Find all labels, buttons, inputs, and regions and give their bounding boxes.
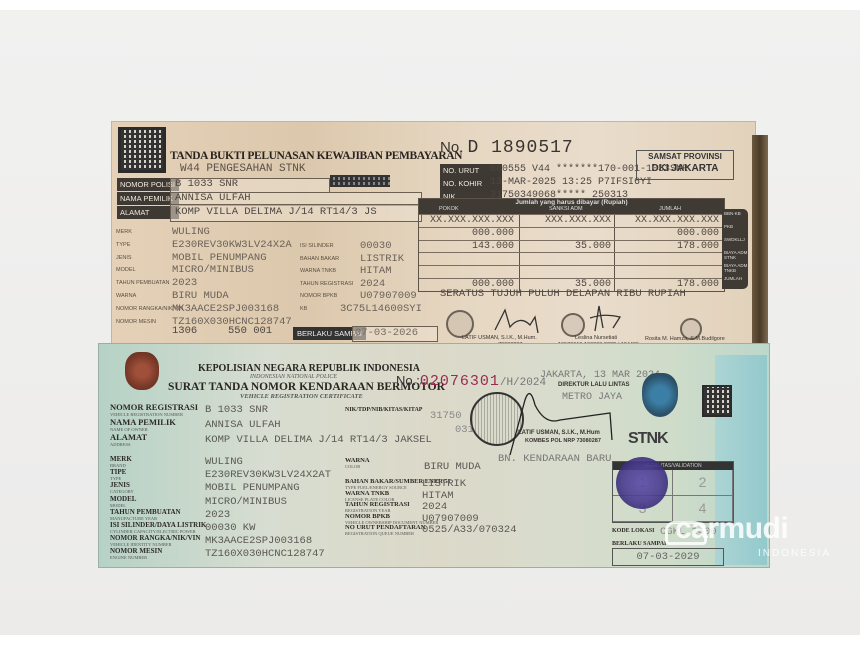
payment-row-labels: BBN-KBPKBSWDKLLJBIAYA ADM STNKBIAYA ADM … — [722, 209, 748, 289]
field-label: ALAMATADDRESS — [110, 432, 147, 447]
field-value: 00030 KW — [205, 522, 255, 534]
field-label: WARNACOLOR — [345, 457, 370, 469]
receipt-title: TANDA BUKTI PELUNASAN KEWAJIBAN PEMBAYAR… — [170, 150, 462, 162]
field-label: JENISCATEGORY — [110, 481, 134, 494]
payment-table: Jumlah yang harus dibayar (Rupiah) POKOK… — [418, 198, 725, 292]
field-value: 2023 — [172, 277, 197, 289]
stamp-icon — [561, 313, 585, 337]
row-label: BIAYA ADM TNKB — [724, 263, 748, 273]
validation-stamp-icon — [616, 457, 668, 509]
field-value: 2024 — [422, 501, 447, 513]
field-label: TYPE — [116, 242, 130, 248]
stnk-org: KEPOLISIAN NEGARA REPUBLIK INDONESIA — [198, 363, 420, 374]
row-label: PKB — [724, 224, 733, 229]
field-value: HITAM — [422, 490, 454, 502]
field-label: WARNA — [116, 293, 136, 299]
stnk-mark: STNK — [628, 430, 668, 448]
field-label: BAHAN BAKAR — [300, 256, 339, 262]
police-emblem-icon — [125, 352, 159, 390]
field-value: MOBIL PENUMPANG — [172, 252, 267, 264]
label-location-code: KODE LOKASI — [612, 528, 655, 534]
field-value: KOMP VILLA DELIMA J/14 RT14/3 JAKSEL — [205, 434, 432, 446]
field-label: ISI SILINDER — [300, 243, 334, 249]
value-nama-pemilik: ANNISA ULFAH — [175, 192, 251, 204]
field-value: U07907009 — [360, 290, 417, 302]
field-value: WULING — [172, 226, 210, 238]
signatory-2: Leslina Nursetiati — [575, 335, 617, 341]
field-label: KB — [300, 306, 307, 312]
field-value: MOBIL PENUMPANG — [205, 482, 300, 494]
amount-in-words: SERATUS TUJUH PULUH DELAPAN RIBU RUPIAH — [440, 288, 686, 300]
field-label: MODELMODEL — [110, 495, 136, 508]
field-value: MICRO/MINIBUS — [205, 496, 287, 508]
label-nik: NIK/TDP/NIB/KITAS/KITAP — [345, 408, 422, 413]
stnk-valid-until: 07-03-2029 — [612, 548, 724, 566]
field-value: BIRU MUDA — [424, 461, 481, 473]
field-value: MK3AACE2SPJ003168 — [205, 535, 312, 547]
field-value: 2023 — [205, 509, 230, 521]
remark: BN. KENDARAAN BARU — [498, 453, 611, 465]
field-value: 3C75L14600SYI — [340, 303, 422, 315]
field-label: TAHUN REGISTRASIREGISTRATION YEAR — [345, 501, 410, 513]
field-label: WARNA TNKBLICENSE PLATE COLOR — [345, 490, 395, 502]
field-label: ISI SILINDER/DAYA LISTRIKCYLINDER CAPACI… — [110, 521, 206, 534]
value-alamat: KOMP VILLA DELIMA J/14 RT14/3 JS — [175, 206, 377, 218]
field-label: NOMOR BPKB — [300, 293, 337, 299]
field-value: 2024 — [360, 278, 385, 290]
field-label: NOMOR REGISTRASIVEHICLE REGISTRATION NUM… — [110, 402, 198, 417]
row-label: JUMLAH — [724, 276, 742, 281]
receipt-number: No. D 1890517 — [440, 138, 574, 158]
watermark-country: INDONESIA — [758, 548, 831, 559]
field-label: MODEL — [116, 267, 136, 273]
field-label: MERK — [116, 229, 132, 235]
code-1: 1306 — [172, 325, 197, 337]
field-value: U07907009 — [422, 513, 479, 525]
value-no-urut: 000555 V44 *******170-001-1033SNR — [490, 164, 688, 175]
qr-code-icon — [118, 127, 166, 173]
field-value: HITAM — [360, 265, 392, 277]
field-label: TAHUN PEMBUATAN — [116, 280, 169, 286]
signature-icon — [490, 305, 550, 335]
signature-icon — [585, 303, 625, 333]
field-label: NOMOR MESINENGINE NUMBER — [110, 547, 162, 560]
row-label: BBN-KB — [724, 211, 741, 216]
field-value: E230REV30KW3LV24X2AT — [205, 469, 331, 481]
field-value: B 1033 SNR — [205, 404, 268, 416]
receipt-subtitle: W44 PENGESAHAN STNK — [180, 163, 305, 175]
valid-until: 07-03-2026 — [355, 327, 418, 339]
code-2: 550 001 — [228, 325, 272, 337]
field-label: TAHUN REGISTRASI — [300, 281, 353, 287]
field-value: LISTRIK — [360, 253, 404, 265]
field-label: NOMOR RANGKA/NIK/VINVEHICLE IDENTITY NUM… — [110, 534, 200, 547]
label-valid-until: BERLAKU SAMPAI — [612, 541, 666, 547]
field-label: TIPETYPE — [110, 468, 126, 481]
value-nomor-polisi: B 1033 SNR — [175, 178, 238, 190]
signatory-3: Rosita M. Hamza, S.M.Budilgore — [645, 336, 725, 342]
field-label: NO URUT PENDAFTARANREGISTRATION QUEUE NU… — [345, 524, 425, 536]
field-value: ANNISA ULFAH — [205, 419, 281, 431]
row-label: BIAYA ADM STNK — [724, 250, 748, 260]
field-value: MK3AACE2SPJ003168 — [172, 303, 279, 315]
field-value: 00030 — [360, 240, 392, 252]
field-label: JENIS — [116, 255, 132, 261]
field-label: NOMOR MESIN — [116, 319, 156, 325]
stamp-icon — [446, 310, 474, 338]
field-value: WULING — [205, 456, 243, 468]
signature-icon — [500, 380, 615, 460]
field-value: 0525/A33/070324 — [422, 524, 517, 536]
field-value: E230REV30KW3LV24X2A — [172, 239, 292, 251]
hologram-icon — [642, 373, 678, 417]
field-label: NAMA PEMILIKNAME OF OWNER — [110, 417, 176, 432]
field-label: TAHUN PEMBUATANMANUFACTURE YEAR — [110, 508, 181, 521]
barcode-icon — [330, 175, 390, 187]
watermark-brand: carmudi — [675, 512, 788, 546]
value-nik: 31750 — [430, 410, 462, 422]
qr-code-icon — [702, 385, 732, 417]
signatory-1: LATIF USMAN, S.I.K., M.Hum. — [462, 335, 537, 341]
field-value: TZ160X030HCNC128747 — [205, 548, 325, 560]
field-label: MERKBRAND — [110, 455, 132, 468]
field-label: WARNA TNKB — [300, 268, 336, 274]
receipt-edge — [752, 135, 768, 355]
field-value: MICRO/MINIBUS — [172, 264, 254, 276]
value-no-kohir: 13-MAR-2025 13:25 P7IFSI6YI — [490, 177, 652, 188]
field-value: BIRU MUDA — [172, 290, 229, 302]
field-value: LISTRIK — [422, 478, 466, 490]
row-label: SWDKLLJ — [724, 237, 745, 242]
